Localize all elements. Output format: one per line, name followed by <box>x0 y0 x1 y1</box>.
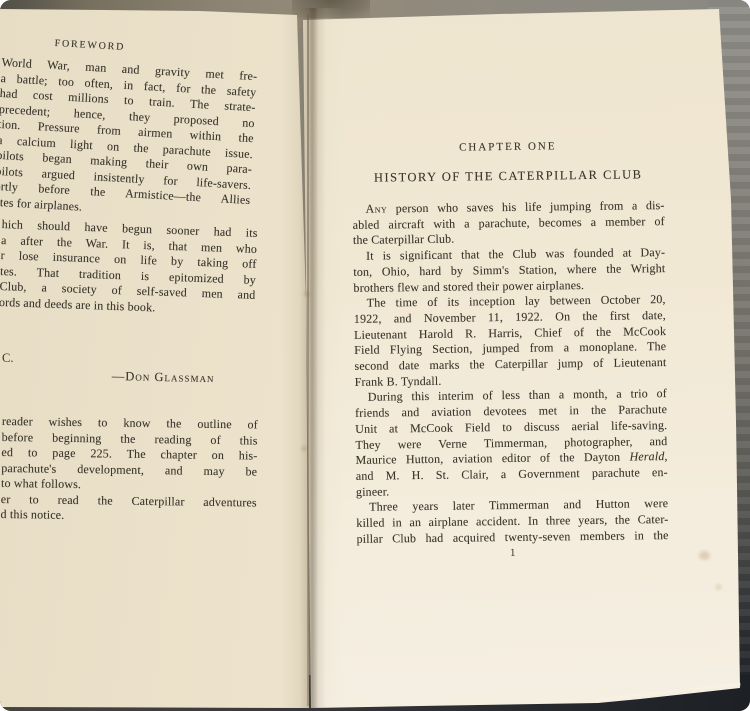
foxing-spot <box>302 446 306 451</box>
foxing-spot <box>305 292 309 296</box>
foxing-spot <box>715 584 722 590</box>
foreword-notice-block: reader wishes to know the outline of bef… <box>0 414 257 526</box>
body-paragraph: Three years later Timmerman and Hutton w… <box>356 496 669 547</box>
body-paragraph: Any person who saves his life jumping fr… <box>352 198 665 249</box>
lead-word: Any <box>365 201 387 215</box>
body-paragraph: The time of its inception lay between Oc… <box>354 292 667 390</box>
author-signature: —Don Glassman <box>112 369 215 386</box>
book-gutter-crease <box>307 14 309 706</box>
foreword-paragraph: reader wishes to know the outline of bef… <box>1 414 258 495</box>
body-paragraph: It is significant that the Club was foun… <box>353 245 666 296</box>
herald-pre: Maurice Hutton, aviation editor of the D… <box>356 450 630 467</box>
foreword-paragraph: hich should have begun sooner had its a … <box>0 217 258 319</box>
book-gutter-shadow <box>280 8 344 708</box>
herald-italic: Herald <box>629 449 664 463</box>
body-paragraph: During this interim of less than a month… <box>355 387 668 501</box>
foxing-spot <box>699 551 710 560</box>
foreword-paragraph: er to read the Caterpillar adventures d … <box>0 491 256 526</box>
book-photo: FOREWORD World War, man and gravity met … <box>0 0 750 711</box>
herald-post: , <box>664 449 667 463</box>
chapter-body: Any person who saves his life jumping fr… <box>352 198 668 547</box>
foreword-paragraph: World War, man and gravity met fre- a ba… <box>0 55 258 224</box>
lead-rest: person who saves his life jumping from a… <box>387 198 664 215</box>
signature-initial: C. <box>2 351 13 366</box>
